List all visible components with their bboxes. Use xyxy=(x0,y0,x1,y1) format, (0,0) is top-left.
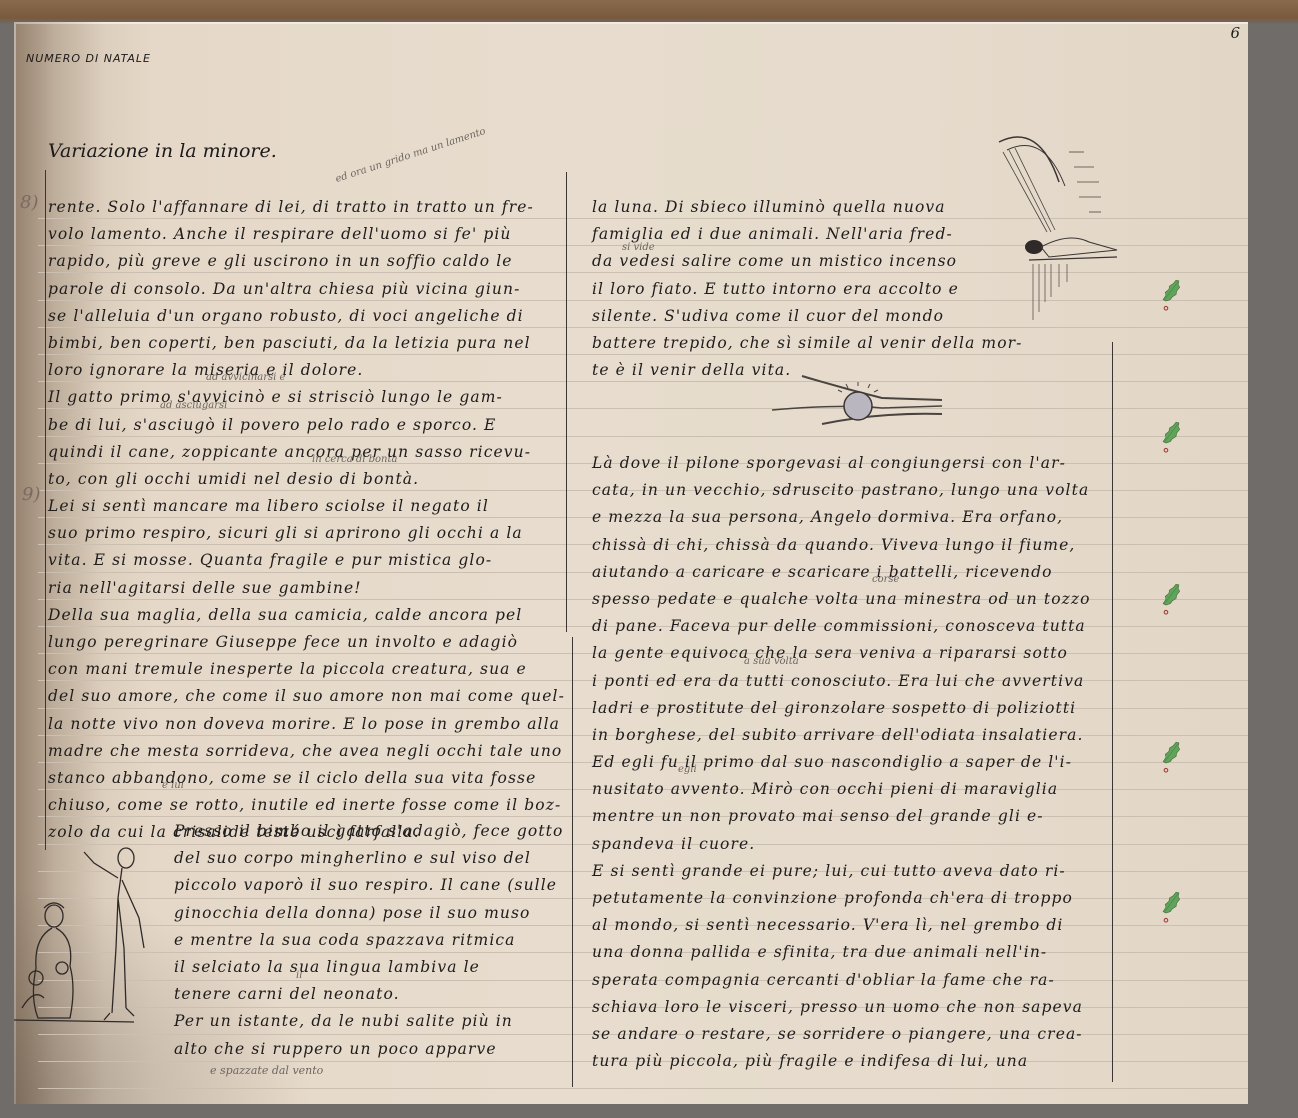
text-line: chiuso, come se rotto, inutile ed inerte… xyxy=(48,792,568,819)
text-line: to, con gli occhi umidi nel desio di bon… xyxy=(48,466,568,493)
text-line: rente. Solo l'affannare di lei, di tratt… xyxy=(48,194,568,221)
text-line: da vedesi salire come un mistico incenso xyxy=(592,248,1012,275)
text-line: Il gatto primo s'avvicinò e si strisciò … xyxy=(48,384,568,411)
text-line: volo lamento. Anche il respirare dell'uo… xyxy=(48,221,568,248)
text-line: petutamente la convinzione profonda ch'e… xyxy=(592,885,1112,912)
text-line: se andare o restare, se sorridere o pian… xyxy=(592,1021,1112,1048)
text-line: la gente equivoca che la sera veniva a r… xyxy=(592,640,1112,667)
text-line: Ed egli fu il primo dal suo nascondiglio… xyxy=(592,749,1112,776)
text-line: battere trepido, che sì simile al venir … xyxy=(592,330,1012,357)
text-line: Presso il bimbo il gatto s'adagiò, fece … xyxy=(174,818,564,845)
left-column-margin-line xyxy=(45,170,46,850)
text-line: la luna. Di sbieco illuminò quella nuova xyxy=(592,194,1012,221)
text-line: ria nell'agitarsi delle sue gambine! xyxy=(48,575,568,602)
text-line: e mezza la sua persona, Angelo dormiva. … xyxy=(592,504,1112,531)
text-line: il loro fiato. E tutto intorno era accol… xyxy=(592,276,1012,303)
text-line: una donna pallida e sfinita, tra due ani… xyxy=(592,939,1112,966)
text-line: aiutando a caricare e scaricare i battel… xyxy=(592,559,1112,586)
text-line: alto che si ruppero un poco apparve xyxy=(174,1036,564,1063)
text-line: la notte vivo non doveva morire. E lo po… xyxy=(48,711,568,738)
text-line: sperata compagnia cercanti d'obliar la f… xyxy=(592,967,1112,994)
holly-leaf-icon xyxy=(1154,740,1188,776)
column-divider-lower xyxy=(572,637,573,1087)
text-line: i ponti ed era da tutti conosciuto. Era … xyxy=(592,668,1112,695)
text-line: famiglia ed i due animali. Nell'aria fre… xyxy=(592,221,1012,248)
right-column-top-text: la luna. Di sbieco illuminò quella nuova… xyxy=(592,194,1012,384)
text-line: Della sua maglia, della sua camicia, cal… xyxy=(48,602,568,629)
text-line: be di lui, s'asciugò il povero pelo rado… xyxy=(48,412,568,439)
text-line: quindi il cane, zoppicante ancora per un… xyxy=(48,439,568,466)
text-line: piccolo vaporò il suo respiro. Il cane (… xyxy=(174,872,564,899)
text-line: Lei si sentì mancare ma libero sciolse i… xyxy=(48,493,568,520)
ruled-line xyxy=(38,1088,1248,1089)
right-column-bottom-text: Là dove il pilone sporgevasi al congiung… xyxy=(592,450,1112,1075)
text-line: stanco abbandono, come se il ciclo della… xyxy=(48,765,568,792)
text-line: tura più piccola, più fragile e indifesa… xyxy=(592,1048,1112,1075)
sunrise-sketch-icon xyxy=(762,368,962,428)
text-line: tenere carni del neonato. xyxy=(174,981,564,1008)
text-line: mentre un non provato mai senso del gran… xyxy=(592,803,1112,830)
holly-leaf-icon xyxy=(1154,420,1188,456)
text-line: con mani tremule inesperte la piccola cr… xyxy=(48,656,568,683)
page-number: 6 xyxy=(1230,24,1240,42)
right-column-margin-line xyxy=(1112,342,1113,1082)
text-line: lungo peregrinare Giuseppe fece un invol… xyxy=(48,629,568,656)
text-line: spesso pedate e qualche volta una minest… xyxy=(592,586,1112,613)
text-line: silente. S'udiva come il cuor del mondo xyxy=(592,303,1012,330)
text-line: chissà di chi, chissà da quando. Viveva … xyxy=(592,532,1112,559)
family-sketch-icon xyxy=(14,838,164,1038)
text-line: Là dove il pilone sporgevasi al congiung… xyxy=(592,450,1112,477)
text-line: al mondo, si sentì necessario. V'era lì,… xyxy=(592,912,1112,939)
text-line: E si sentì grande ei pure; lui, cui tutt… xyxy=(592,858,1112,885)
page-title: Variazione in la minore. xyxy=(48,140,277,162)
text-line: spandeva il cuore. xyxy=(592,831,1112,858)
annotation-grido: ed ora un grido ma un lamento xyxy=(334,126,487,185)
margin-mark-9: 9) xyxy=(22,484,40,505)
text-line: loro ignorare la miseria e il dolore. xyxy=(48,357,568,384)
text-line: ginocchia della donna) pose il suo muso xyxy=(174,900,564,927)
holly-leaf-icon xyxy=(1154,278,1188,314)
text-line: Per un istante, da le nubi salite più in xyxy=(174,1008,564,1035)
text-line: suo primo respiro, sicuri gli si apriron… xyxy=(48,520,568,547)
holly-leaf-icon xyxy=(1154,890,1188,926)
annotation-vento: e spazzate dal vento xyxy=(210,1064,323,1077)
text-line: del suo corpo mingherlino e sul viso del xyxy=(174,845,564,872)
text-line: del suo amore, che come il suo amore non… xyxy=(48,683,568,710)
text-line: e mentre la sua coda spazzava ritmica xyxy=(174,927,564,954)
header-label: NUMERO DI NATALE xyxy=(26,52,151,65)
text-line: ladri e prostitute del gironzolare sospe… xyxy=(592,695,1112,722)
left-column-indented-text: Presso il bimbo il gatto s'adagiò, fece … xyxy=(174,818,564,1063)
text-line: il selciato la sua lingua lambiva le xyxy=(174,954,564,981)
holly-leaf-icon xyxy=(1154,582,1188,618)
text-line: in borghese, del subito arrivare dell'od… xyxy=(592,722,1112,749)
text-line: bimbi, ben coperti, ben pasciuti, da la … xyxy=(48,330,568,357)
text-line: schiava loro le visceri, presso un uomo … xyxy=(592,994,1112,1021)
text-line: se l'alleluia d'un organo robusto, di vo… xyxy=(48,303,568,330)
text-line: vita. E si mosse. Quanta fragile e pur m… xyxy=(48,547,568,574)
left-column-text: rente. Solo l'affannare di lei, di tratt… xyxy=(48,194,568,847)
text-line: nusitato avvento. Mirò con occhi pieni d… xyxy=(592,776,1112,803)
text-line: di pane. Faceva pur delle commissioni, c… xyxy=(592,613,1112,640)
notebook-page: NUMERO DI NATALE 6 Variazione in la mino… xyxy=(14,22,1248,1104)
text-line: parole di consolo. Da un'altra chiesa pi… xyxy=(48,276,568,303)
text-line: cata, in un vecchio, sdruscito pastrano,… xyxy=(592,477,1112,504)
text-line: madre che mesta sorrideva, che avea negl… xyxy=(48,738,568,765)
bridge-sleeper-sketch-icon xyxy=(989,122,1119,322)
text-line: rapido, più greve e gli uscirono in un s… xyxy=(48,248,568,275)
margin-mark-8: 8) xyxy=(20,192,38,213)
